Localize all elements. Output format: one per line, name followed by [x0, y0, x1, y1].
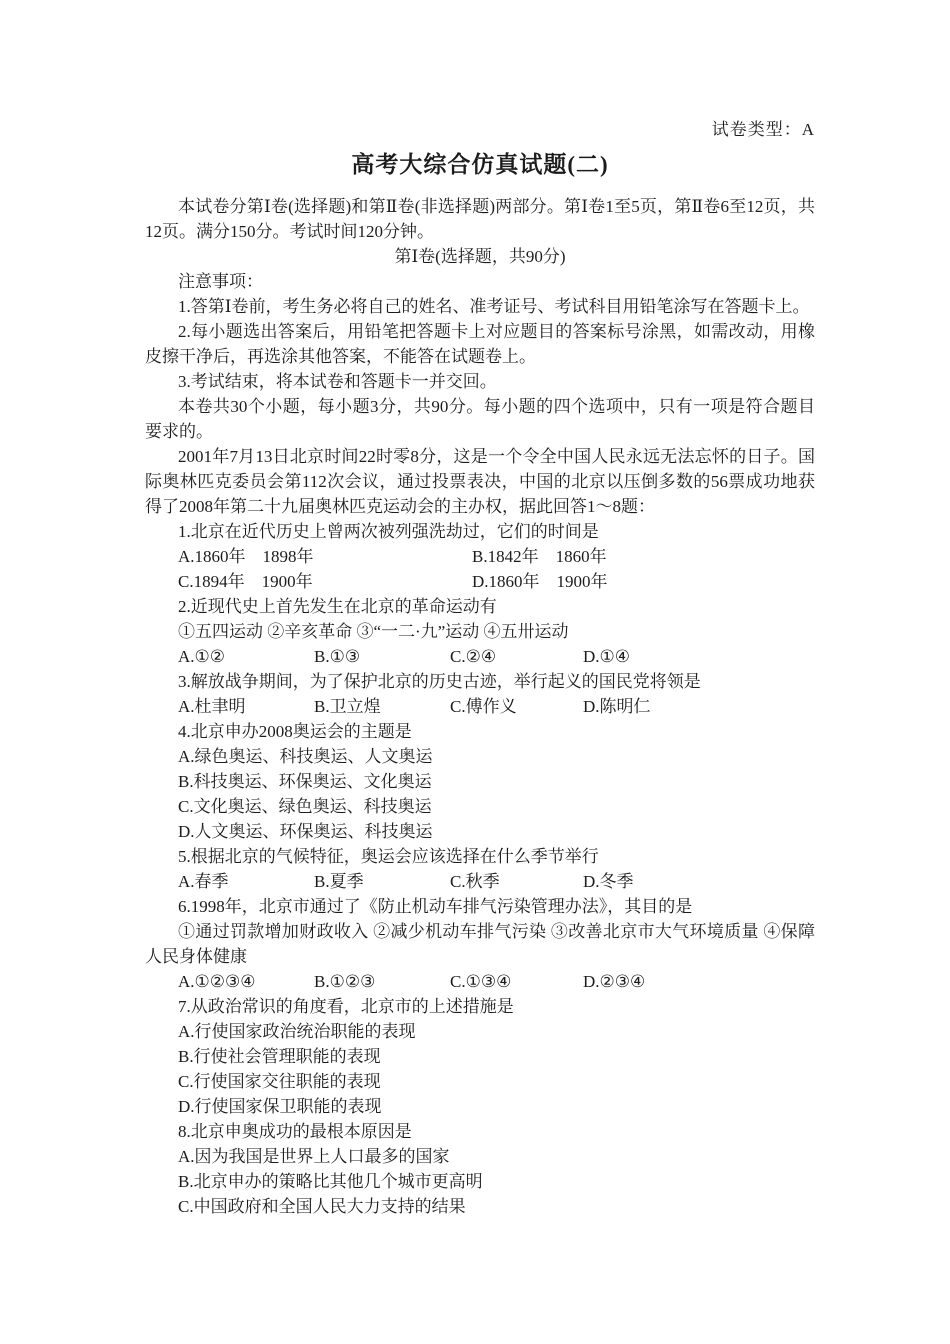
question-stem: 5.根据北京的气候特征，奥运会应该选择在什么季节举行	[145, 844, 815, 869]
question-option: D.行使国家保卫职能的表现	[178, 1094, 815, 1119]
question-block: 5.根据北京的气候特征，奥运会应该选择在什么季节举行 A.春季 B.夏季 C.秋…	[145, 844, 815, 894]
passage: 2001年7月13日北京时间22时零8分，这是一个令全中国人民永远无法忘怀的日子…	[145, 444, 815, 519]
option-row: A.1860年 1898年 B.1842年 1860年 C.1894年 1900…	[145, 544, 815, 594]
option-row: A.春季 B.夏季 C.秋季 D.冬季	[145, 869, 815, 894]
note-item: 3.考试结束，将本试卷和答题卡一并交回。	[145, 369, 815, 394]
question-option: C.①③④	[450, 969, 583, 994]
question-stem: 1.北京在近代历史上曾两次被列强洗劫过，它们的时间是	[145, 519, 815, 544]
question-option: B.北京申办的策略比其他几个城市更高明	[178, 1169, 815, 1194]
option-row: A.①②③④ B.①②③ C.①③④ D.②③④	[145, 969, 815, 994]
question-option: C.秋季	[450, 869, 583, 894]
section-heading: 第Ⅰ卷(选择题，共90分)	[145, 244, 815, 269]
question-option: B.1842年 1860年	[472, 544, 815, 569]
question-option: B.①③	[314, 644, 450, 669]
question-option: C.1894年 1900年	[178, 569, 472, 594]
note-item: 2.每小题选出答案后，用铅笔把答题卡上对应题目的答案标号涂黑，如需改动，用橡皮擦…	[145, 319, 815, 369]
question-option: A.因为我国是世界上人口最多的国家	[178, 1144, 815, 1169]
question-stem: 6.1998年，北京市通过了《防止机动车排气污染管理办法》，其目的是	[145, 894, 815, 919]
question-stem: 7.从政治常识的角度看，北京市的上述措施是	[145, 994, 815, 1019]
question-block: 4.北京申办2008奥运会的主题是 A.绿色奥运、科技奥运、人文奥运 B.科技奥…	[145, 719, 815, 844]
question-option: C.②④	[450, 644, 583, 669]
note-item: 1.答第Ⅰ卷前，考生务必将自己的姓名、准考证号、考试科目用铅笔涂写在答题卡上。	[145, 294, 815, 319]
question-option: B.行使社会管理职能的表现	[178, 1044, 815, 1069]
question-block: 6.1998年，北京市通过了《防止机动车排气污染管理办法》，其目的是 ①通过罚款…	[145, 894, 815, 994]
question-option: B.①②③	[314, 969, 450, 994]
question-stem: 8.北京申奥成功的最根本原因是	[145, 1119, 815, 1144]
option-row: A.①② B.①③ C.②④ D.①④	[145, 644, 815, 669]
question-option: D.陈明仁	[583, 694, 815, 719]
option-row: A.绿色奥运、科技奥运、人文奥运 B.科技奥运、环保奥运、文化奥运 C.文化奥运…	[145, 744, 815, 844]
question-option: A.行使国家政治统治职能的表现	[178, 1019, 815, 1044]
question-option: A.①②③④	[178, 969, 314, 994]
question-option: B.卫立煌	[314, 694, 450, 719]
question-block: 7.从政治常识的角度看，北京市的上述措施是 A.行使国家政治统治职能的表现 B.…	[145, 994, 815, 1119]
notes-heading: 注意事项：	[145, 269, 815, 294]
question-option: D.1860年 1900年	[472, 569, 815, 594]
question-stem: 4.北京申办2008奥运会的主题是	[145, 719, 815, 744]
question-sub-items: ①通过罚款增加财政收入 ②减少机动车排气污染 ③改善北京市大气环境质量 ④保障人…	[145, 919, 815, 969]
question-option: A.①②	[178, 644, 314, 669]
volume-note: 本卷共30个小题，每小题3分，共90分。每小题的四个选项中，只有一项是符合题目要…	[145, 394, 815, 444]
question-option: B.科技奥运、环保奥运、文化奥运	[178, 769, 815, 794]
question-option: D.①④	[583, 644, 815, 669]
question-block: 8.北京申奥成功的最根本原因是 A.因为我国是世界上人口最多的国家 B.北京申办…	[145, 1119, 815, 1219]
question-option: D.人文奥运、环保奥运、科技奥运	[178, 819, 815, 844]
question-stem: 2.近现代史上首先发生在北京的革命运动有	[145, 594, 815, 619]
question-option: A.1860年 1898年	[178, 544, 472, 569]
question-option: C.中国政府和全国人民大力支持的结果	[178, 1194, 815, 1219]
question-option: C.行使国家交往职能的表现	[178, 1069, 815, 1094]
question-option: A.绿色奥运、科技奥运、人文奥运	[178, 744, 815, 769]
paper-type-label: 试卷类型：A	[145, 120, 815, 140]
question-block: 3.解放战争期间，为了保护北京的历史古迹，举行起义的国民党将领是 A.杜聿明 B…	[145, 669, 815, 719]
question-option: B.夏季	[314, 869, 450, 894]
option-row: A.行使国家政治统治职能的表现 B.行使社会管理职能的表现 C.行使国家交往职能…	[145, 1019, 815, 1119]
option-row: A.因为我国是世界上人口最多的国家 B.北京申办的策略比其他几个城市更高明 C.…	[145, 1144, 815, 1219]
question-sub-items: ①五四运动 ②辛亥革命 ③“一二·九”运动 ④五卅运动	[145, 619, 815, 644]
question-stem: 3.解放战争期间，为了保护北京的历史古迹，举行起义的国民党将领是	[145, 669, 815, 694]
page-title: 高考大综合仿真试题(二)	[145, 150, 815, 180]
question-option: A.杜聿明	[178, 694, 314, 719]
question-option: A.春季	[178, 869, 314, 894]
option-row: A.杜聿明 B.卫立煌 C.傅作义 D.陈明仁	[145, 694, 815, 719]
question-option: C.傅作义	[450, 694, 583, 719]
intro-paragraph: 本试卷分第Ⅰ卷(选择题)和第Ⅱ卷(非选择题)两部分。第Ⅰ卷1至5页，第Ⅱ卷6至1…	[145, 194, 815, 244]
question-option: D.②③④	[583, 969, 815, 994]
question-option: C.文化奥运、绿色奥运、科技奥运	[178, 794, 815, 819]
question-option: D.冬季	[583, 869, 815, 894]
exam-paper: 试卷类型：A 高考大综合仿真试题(二) 本试卷分第Ⅰ卷(选择题)和第Ⅱ卷(非选择…	[0, 0, 950, 1344]
question-block: 2.近现代史上首先发生在北京的革命运动有 ①五四运动 ②辛亥革命 ③“一二·九”…	[145, 594, 815, 669]
question-block: 1.北京在近代历史上曾两次被列强洗劫过，它们的时间是 A.1860年 1898年…	[145, 519, 815, 594]
